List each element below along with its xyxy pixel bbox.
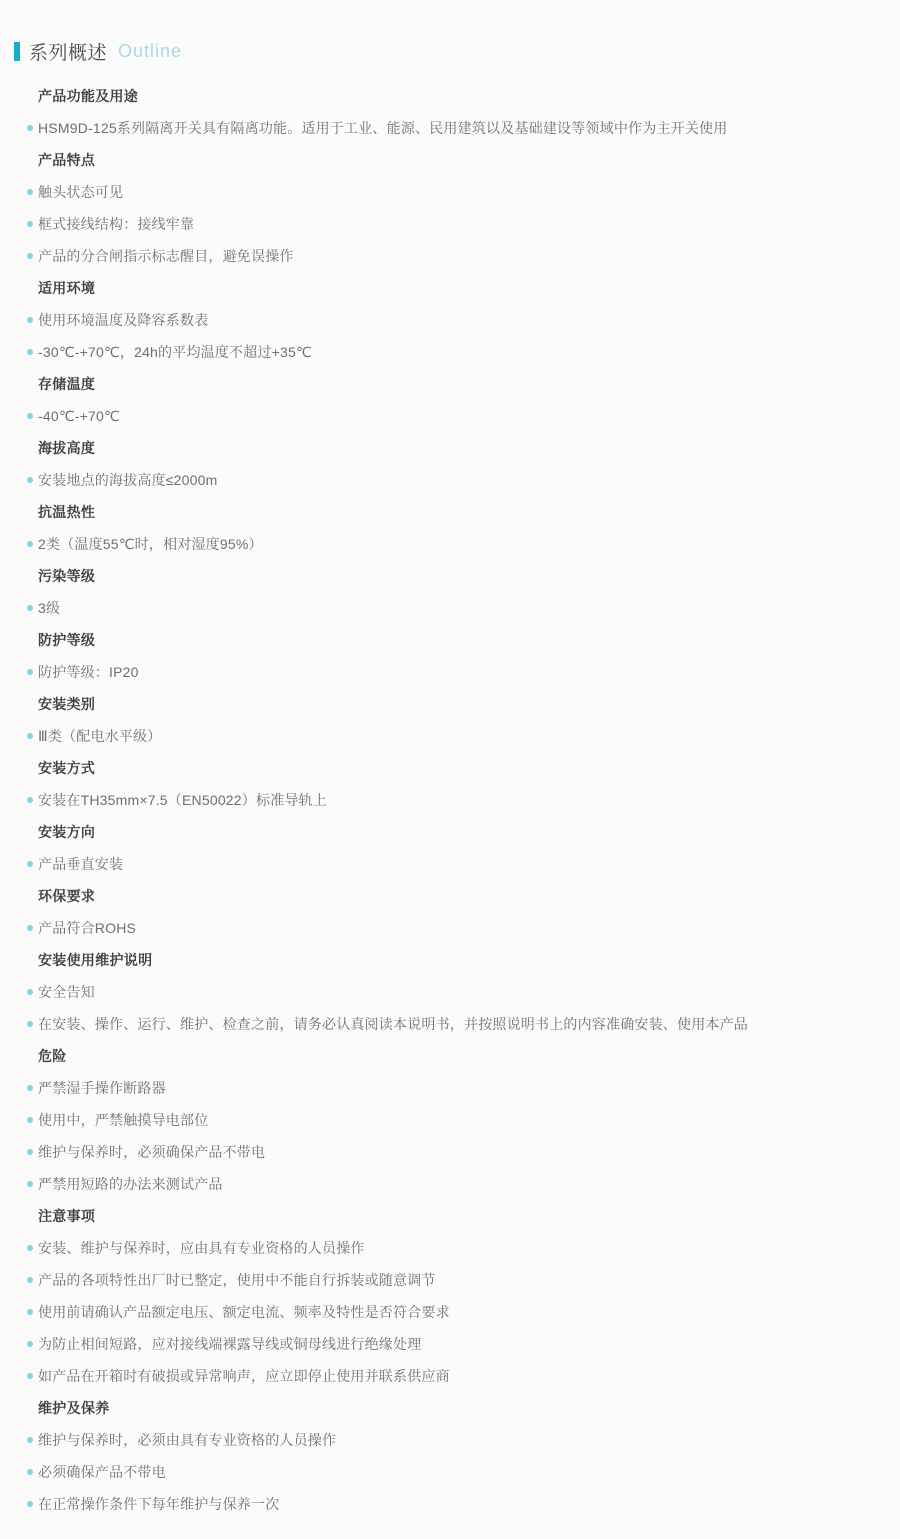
title-accent-bar-icon: [14, 42, 20, 61]
bullet-dot-icon: [27, 1309, 33, 1315]
section-list: 维护与保养时，必须由具有专业资格的人员操作必须确保产品不带电在正常操作条件下每年…: [13, 1424, 880, 1520]
section-list: 产品符合ROHS: [13, 912, 880, 944]
item-text: 安装、维护与保养时，应由具有专业资格的人员操作: [38, 1240, 365, 1256]
list-item: 触头状态可见: [13, 176, 880, 208]
bullet-dot-icon: [27, 861, 33, 867]
section: 适用环境使用环境温度及降容系数表-30℃-+70℃，24h的平均温度不超过+35…: [13, 272, 880, 368]
section-heading: 污染等级: [13, 560, 880, 592]
list-item: 使用前请确认产品额定电压、额定电流、频率及特性是否符合要求: [13, 1296, 880, 1328]
section-heading: 海拔高度: [13, 432, 880, 464]
item-text: 框式接线结构：接线牢靠: [38, 216, 194, 232]
list-item: -40℃-+70℃: [13, 400, 880, 432]
item-text: 必须确保产品不带电: [38, 1464, 166, 1480]
section-list: 安装地点的海拔高度≤2000m: [13, 464, 880, 496]
list-item: 在安装、操作、运行、维护、检查之前，请务必认真阅读本说明书，并按照说明书上的内容…: [13, 1008, 880, 1040]
bullet-dot-icon: [27, 1117, 33, 1123]
section-heading: 产品特点: [13, 144, 880, 176]
sections-container: 产品功能及用途HSM9D-125系列隔离开关具有隔离功能。适用于工业、能源、民用…: [13, 80, 880, 1520]
item-text: 2类（温度55℃时，相对湿度95%）: [38, 536, 263, 552]
item-text: 安装地点的海拔高度≤2000m: [38, 472, 218, 488]
section-heading: 产品功能及用途: [13, 80, 880, 112]
section-list: 安装在TH35mm×7.5（EN50022）标准导轨上: [13, 784, 880, 816]
list-item: 安装地点的海拔高度≤2000m: [13, 464, 880, 496]
section: 防护等级防护等级：IP20: [13, 624, 880, 688]
list-item: 安装、维护与保养时，应由具有专业资格的人员操作: [13, 1232, 880, 1264]
section-heading: 防护等级: [13, 624, 880, 656]
section: 海拔高度安装地点的海拔高度≤2000m: [13, 432, 880, 496]
bullet-dot-icon: [27, 1021, 33, 1027]
item-text: HSM9D-125系列隔离开关具有隔离功能。适用于工业、能源、民用建筑以及基础建…: [38, 120, 727, 136]
item-text: -40℃-+70℃: [38, 408, 120, 424]
section-heading: 安装方式: [13, 752, 880, 784]
section-list: 防护等级：IP20: [13, 656, 880, 688]
section-list: 安全告知在安装、操作、运行、维护、检查之前，请务必认真阅读本说明书，并按照说明书…: [13, 976, 880, 1040]
section-heading: 环保要求: [13, 880, 880, 912]
item-text: 为防止相间短路，应对接线端裸露导线或铜母线进行绝缘处理: [38, 1336, 421, 1352]
list-item: 维护与保养时，必须由具有专业资格的人员操作: [13, 1424, 880, 1456]
bullet-dot-icon: [27, 221, 33, 227]
item-text: 防护等级：IP20: [38, 664, 139, 680]
list-item: 产品符合ROHS: [13, 912, 880, 944]
bullet-dot-icon: [27, 317, 33, 323]
list-item: 产品的各项特性出厂时已整定，使用中不能自行拆装或随意调节: [13, 1264, 880, 1296]
list-item: 严禁用短路的办法来测试产品: [13, 1168, 880, 1200]
section: 环保要求产品符合ROHS: [13, 880, 880, 944]
list-item: 维护与保养时，必须确保产品不带电: [13, 1136, 880, 1168]
bullet-dot-icon: [27, 413, 33, 419]
bullet-dot-icon: [27, 733, 33, 739]
section-list: 安装、维护与保养时，应由具有专业资格的人员操作产品的各项特性出厂时已整定，使用中…: [13, 1232, 880, 1392]
list-item: HSM9D-125系列隔离开关具有隔离功能。适用于工业、能源、民用建筑以及基础建…: [13, 112, 880, 144]
section-list: 产品垂直安装: [13, 848, 880, 880]
section-list: HSM9D-125系列隔离开关具有隔离功能。适用于工业、能源、民用建筑以及基础建…: [13, 112, 880, 144]
item-text: 使用前请确认产品额定电压、额定电流、频率及特性是否符合要求: [38, 1304, 450, 1320]
section-heading: 安装使用维护说明: [13, 944, 880, 976]
section-list: Ⅲ类（配电水平级）: [13, 720, 880, 752]
bullet-dot-icon: [27, 925, 33, 931]
bullet-dot-icon: [27, 605, 33, 611]
bullet-dot-icon: [27, 1501, 33, 1507]
page-title-zh: 系列概述: [29, 38, 107, 65]
bullet-dot-icon: [27, 541, 33, 547]
bullet-dot-icon: [27, 125, 33, 131]
bullet-dot-icon: [27, 1149, 33, 1155]
list-item: 使用环境温度及降容系数表: [13, 304, 880, 336]
item-text: 产品的分合闸指示标志醒目，避免误操作: [38, 248, 294, 264]
item-text: 严禁用短路的办法来测试产品: [38, 1176, 223, 1192]
item-text: 在正常操作条件下每年维护与保养一次: [38, 1496, 279, 1512]
section-heading: 安装方向: [13, 816, 880, 848]
list-item: 3级: [13, 592, 880, 624]
section-list: 触头状态可见框式接线结构：接线牢靠产品的分合闸指示标志醒目，避免误操作: [13, 176, 880, 272]
item-text: 维护与保养时，必须确保产品不带电: [38, 1144, 265, 1160]
item-text: Ⅲ类（配电水平级）: [38, 728, 161, 744]
list-item: 如产品在开箱时有破损或异常响声，应立即停止使用并联系供应商: [13, 1360, 880, 1392]
section: 安装类别Ⅲ类（配电水平级）: [13, 688, 880, 752]
section-list: 严禁湿手操作断路器使用中，严禁触摸导电部位维护与保养时，必须确保产品不带电严禁用…: [13, 1072, 880, 1200]
list-item: Ⅲ类（配电水平级）: [13, 720, 880, 752]
bullet-dot-icon: [27, 669, 33, 675]
section: 存储温度-40℃-+70℃: [13, 368, 880, 432]
list-item: -30℃-+70℃，24h的平均温度不超过+35℃: [13, 336, 880, 368]
bullet-dot-icon: [27, 189, 33, 195]
bullet-dot-icon: [27, 1373, 33, 1379]
list-item: 安装在TH35mm×7.5（EN50022）标准导轨上: [13, 784, 880, 816]
bullet-dot-icon: [27, 253, 33, 259]
section-heading: 维护及保养: [13, 1392, 880, 1424]
section: 维护及保养维护与保养时，必须由具有专业资格的人员操作必须确保产品不带电在正常操作…: [13, 1392, 880, 1520]
bullet-dot-icon: [27, 1437, 33, 1443]
item-text: 使用中，严禁触摸导电部位: [38, 1112, 208, 1128]
bullet-dot-icon: [27, 1245, 33, 1251]
bullet-dot-icon: [27, 349, 33, 355]
bullet-dot-icon: [27, 1181, 33, 1187]
item-text: 安装在TH35mm×7.5（EN50022）标准导轨上: [38, 792, 327, 808]
section: 产品特点触头状态可见框式接线结构：接线牢靠产品的分合闸指示标志醒目，避免误操作: [13, 144, 880, 272]
bullet-dot-icon: [27, 797, 33, 803]
bullet-dot-icon: [27, 1469, 33, 1475]
bullet-dot-icon: [27, 1341, 33, 1347]
section: 抗温热性2类（温度55℃时，相对湿度95%）: [13, 496, 880, 560]
section-heading: 安装类别: [13, 688, 880, 720]
bullet-dot-icon: [27, 1085, 33, 1091]
page-title: 系列概述 Outline: [14, 38, 880, 65]
list-item: 严禁湿手操作断路器: [13, 1072, 880, 1104]
section: 注意事项安装、维护与保养时，应由具有专业资格的人员操作产品的各项特性出厂时已整定…: [13, 1200, 880, 1392]
item-text: 3级: [38, 600, 60, 616]
section-heading: 存储温度: [13, 368, 880, 400]
section-heading: 危险: [13, 1040, 880, 1072]
item-text: 安全告知: [38, 984, 95, 1000]
list-item: 框式接线结构：接线牢靠: [13, 208, 880, 240]
section-list: -40℃-+70℃: [13, 400, 880, 432]
section-heading: 注意事项: [13, 1200, 880, 1232]
list-item: 防护等级：IP20: [13, 656, 880, 688]
section-list: 3级: [13, 592, 880, 624]
list-item: 产品垂直安装: [13, 848, 880, 880]
section: 安装使用维护说明安全告知在安装、操作、运行、维护、检查之前，请务必认真阅读本说明…: [13, 944, 880, 1040]
page-title-en: Outline: [118, 41, 182, 62]
list-item: 2类（温度55℃时，相对湿度95%）: [13, 528, 880, 560]
item-text: 产品符合ROHS: [38, 920, 136, 936]
section: 安装方向产品垂直安装: [13, 816, 880, 880]
bullet-dot-icon: [27, 1277, 33, 1283]
item-text: 触头状态可见: [38, 184, 123, 200]
list-item: 必须确保产品不带电: [13, 1456, 880, 1488]
outline-page: 系列概述 Outline 产品功能及用途HSM9D-125系列隔离开关具有隔离功…: [0, 0, 900, 1520]
section: 安装方式安装在TH35mm×7.5（EN50022）标准导轨上: [13, 752, 880, 816]
list-item: 在正常操作条件下每年维护与保养一次: [13, 1488, 880, 1520]
section-list: 2类（温度55℃时，相对湿度95%）: [13, 528, 880, 560]
item-text: -30℃-+70℃，24h的平均温度不超过+35℃: [38, 344, 312, 360]
list-item: 产品的分合闸指示标志醒目，避免误操作: [13, 240, 880, 272]
section: 危险严禁湿手操作断路器使用中，严禁触摸导电部位维护与保养时，必须确保产品不带电严…: [13, 1040, 880, 1200]
section: 污染等级3级: [13, 560, 880, 624]
bullet-dot-icon: [27, 477, 33, 483]
section-heading: 抗温热性: [13, 496, 880, 528]
item-text: 使用环境温度及降容系数表: [38, 312, 208, 328]
list-item: 为防止相间短路，应对接线端裸露导线或铜母线进行绝缘处理: [13, 1328, 880, 1360]
section-list: 使用环境温度及降容系数表-30℃-+70℃，24h的平均温度不超过+35℃: [13, 304, 880, 368]
bullet-dot-icon: [27, 989, 33, 995]
item-text: 维护与保养时，必须由具有专业资格的人员操作: [38, 1432, 336, 1448]
item-text: 严禁湿手操作断路器: [38, 1080, 166, 1096]
section: 产品功能及用途HSM9D-125系列隔离开关具有隔离功能。适用于工业、能源、民用…: [13, 80, 880, 144]
item-text: 如产品在开箱时有破损或异常响声，应立即停止使用并联系供应商: [38, 1368, 450, 1384]
item-text: 在安装、操作、运行、维护、检查之前，请务必认真阅读本说明书，并按照说明书上的内容…: [38, 1016, 748, 1032]
item-text: 产品垂直安装: [38, 856, 123, 872]
section-heading: 适用环境: [13, 272, 880, 304]
list-item: 安全告知: [13, 976, 880, 1008]
list-item: 使用中，严禁触摸导电部位: [13, 1104, 880, 1136]
item-text: 产品的各项特性出厂时已整定，使用中不能自行拆装或随意调节: [38, 1272, 436, 1288]
